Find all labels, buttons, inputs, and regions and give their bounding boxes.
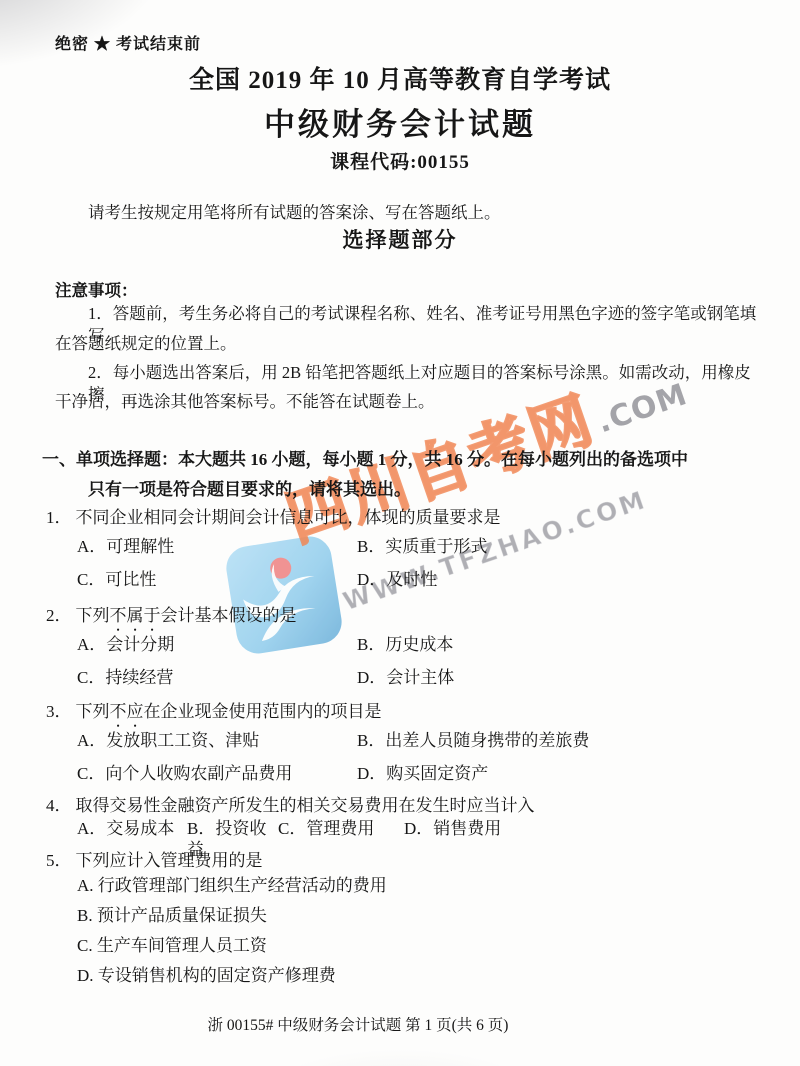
exam-paper-page: 四川自考网.COM WWW.TFZHAO.COM 绝密 ★ 考试结束前 全国 2…	[0, 0, 800, 1066]
section-one-heading-line-2: 只有一项是符合题目要求的，请将其选出。	[88, 475, 411, 500]
question-3-emphasis: 不应	[110, 702, 144, 721]
question-1-option-a: A．可理解性	[77, 536, 357, 557]
question-1-option-b: B．实质重于形式	[357, 536, 487, 557]
question-2-option-d: D．会计主体	[357, 667, 454, 688]
question-2-emphasis: 不属于	[110, 606, 161, 625]
question-5-option-a: A. 行政管理部门组织生产经营活动的费用	[77, 871, 387, 901]
question-4-stem: 4．取得交易性金融资产所发生的相关交易费用在发生时应当计入	[46, 791, 770, 816]
question-1-stem: 1．不同企业相同会计期间会计信息可比，体现的质量要求是	[46, 503, 770, 537]
paper-title: 中级财务会计试题	[0, 99, 800, 144]
answer-sheet-instruction: 请考生按规定用笔将所有试题的答案涂、写在答题纸上。	[88, 199, 501, 223]
notice-1-line-2: 在答题纸规定的位置上。	[55, 333, 762, 355]
question-3-option-c: C．向个人收购农副产品费用	[77, 763, 357, 784]
question-1-number: 1．	[46, 508, 76, 527]
question-5-stem: 5．下列应计入管理费用的是	[46, 846, 770, 871]
question-2-option-c: C．持续经营	[77, 667, 357, 688]
question-1-option-c: C．可比性	[77, 569, 357, 590]
question-4-number: 4．	[46, 796, 76, 815]
question-1-option-d: D．及时性	[357, 569, 487, 590]
question-3-options: A．发放职工工资、津贴 B．出差人员随身携带的差旅费 C．向个人收购农副产品费用…	[77, 730, 589, 784]
question-5-option-d: D. 专设销售机构的固定资产修理费	[77, 961, 387, 991]
question-5-option-b: B. 预计产品质量保证损失	[77, 901, 387, 931]
notice-2-line-2: 干净后，再选涂其他答案标号。不能答在试题卷上。	[55, 391, 762, 413]
question-3-text-post: 在企业现金使用范围内的项目是	[144, 702, 382, 721]
question-3-text: 下列	[76, 702, 110, 721]
question-5-text: 下列应计入管理费用的是	[76, 851, 263, 870]
question-3-option-d: D．购买固定资产	[357, 763, 589, 784]
question-3-option-a: A．发放职工工资、津贴	[77, 730, 357, 751]
course-code: 课程代码:00155	[0, 147, 800, 174]
question-2-option-b: B．历史成本	[357, 634, 454, 655]
question-2-stem: 2．下列不属于会计基本假设的是	[46, 601, 770, 635]
question-3-stem: 3．下列不应在企业现金使用范围内的项目是	[46, 697, 770, 731]
exam-title: 全国 2019 年 10 月高等教育自学考试	[0, 60, 800, 96]
question-5-number: 5．	[46, 851, 76, 870]
question-2-text: 下列	[76, 606, 110, 625]
question-2-number: 2．	[46, 606, 76, 625]
page-footer: 浙 00155# 中级财务会计试题 第 1 页(共 6 页)	[0, 1013, 758, 1035]
section-one-heading-line-1: 一、单项选择题：本大题共 16 小题，每小题 1 分，共 16 分。在每小题列出…	[42, 445, 688, 470]
question-4-text: 取得交易性金融资产所发生的相关交易费用在发生时应当计入	[76, 796, 535, 815]
question-1-options: A．可理解性 B．实质重于形式 C．可比性 D．及时性	[77, 536, 487, 590]
question-3-option-b: B．出差人员随身携带的差旅费	[357, 730, 589, 751]
question-2-option-a: A．会计分期	[77, 634, 357, 655]
notices-heading: 注意事项：	[55, 277, 138, 301]
question-3-number: 3．	[46, 702, 76, 721]
question-5-options: A. 行政管理部门组织生产经营活动的费用 B. 预计产品质量保证损失 C. 生产…	[77, 871, 387, 991]
security-classification-label: 绝密 ★ 考试结束前	[55, 31, 201, 54]
question-5-option-c: C. 生产车间管理人员工资	[77, 931, 387, 961]
question-2-options: A．会计分期 B．历史成本 C．持续经营 D．会计主体	[77, 634, 454, 688]
question-2-text-post: 会计基本假设的是	[161, 606, 297, 625]
section-part-title: 选择题部分	[0, 224, 800, 254]
question-1-text: 不同企业相同会计期间会计信息可比，体现的质量要求是	[76, 508, 501, 527]
